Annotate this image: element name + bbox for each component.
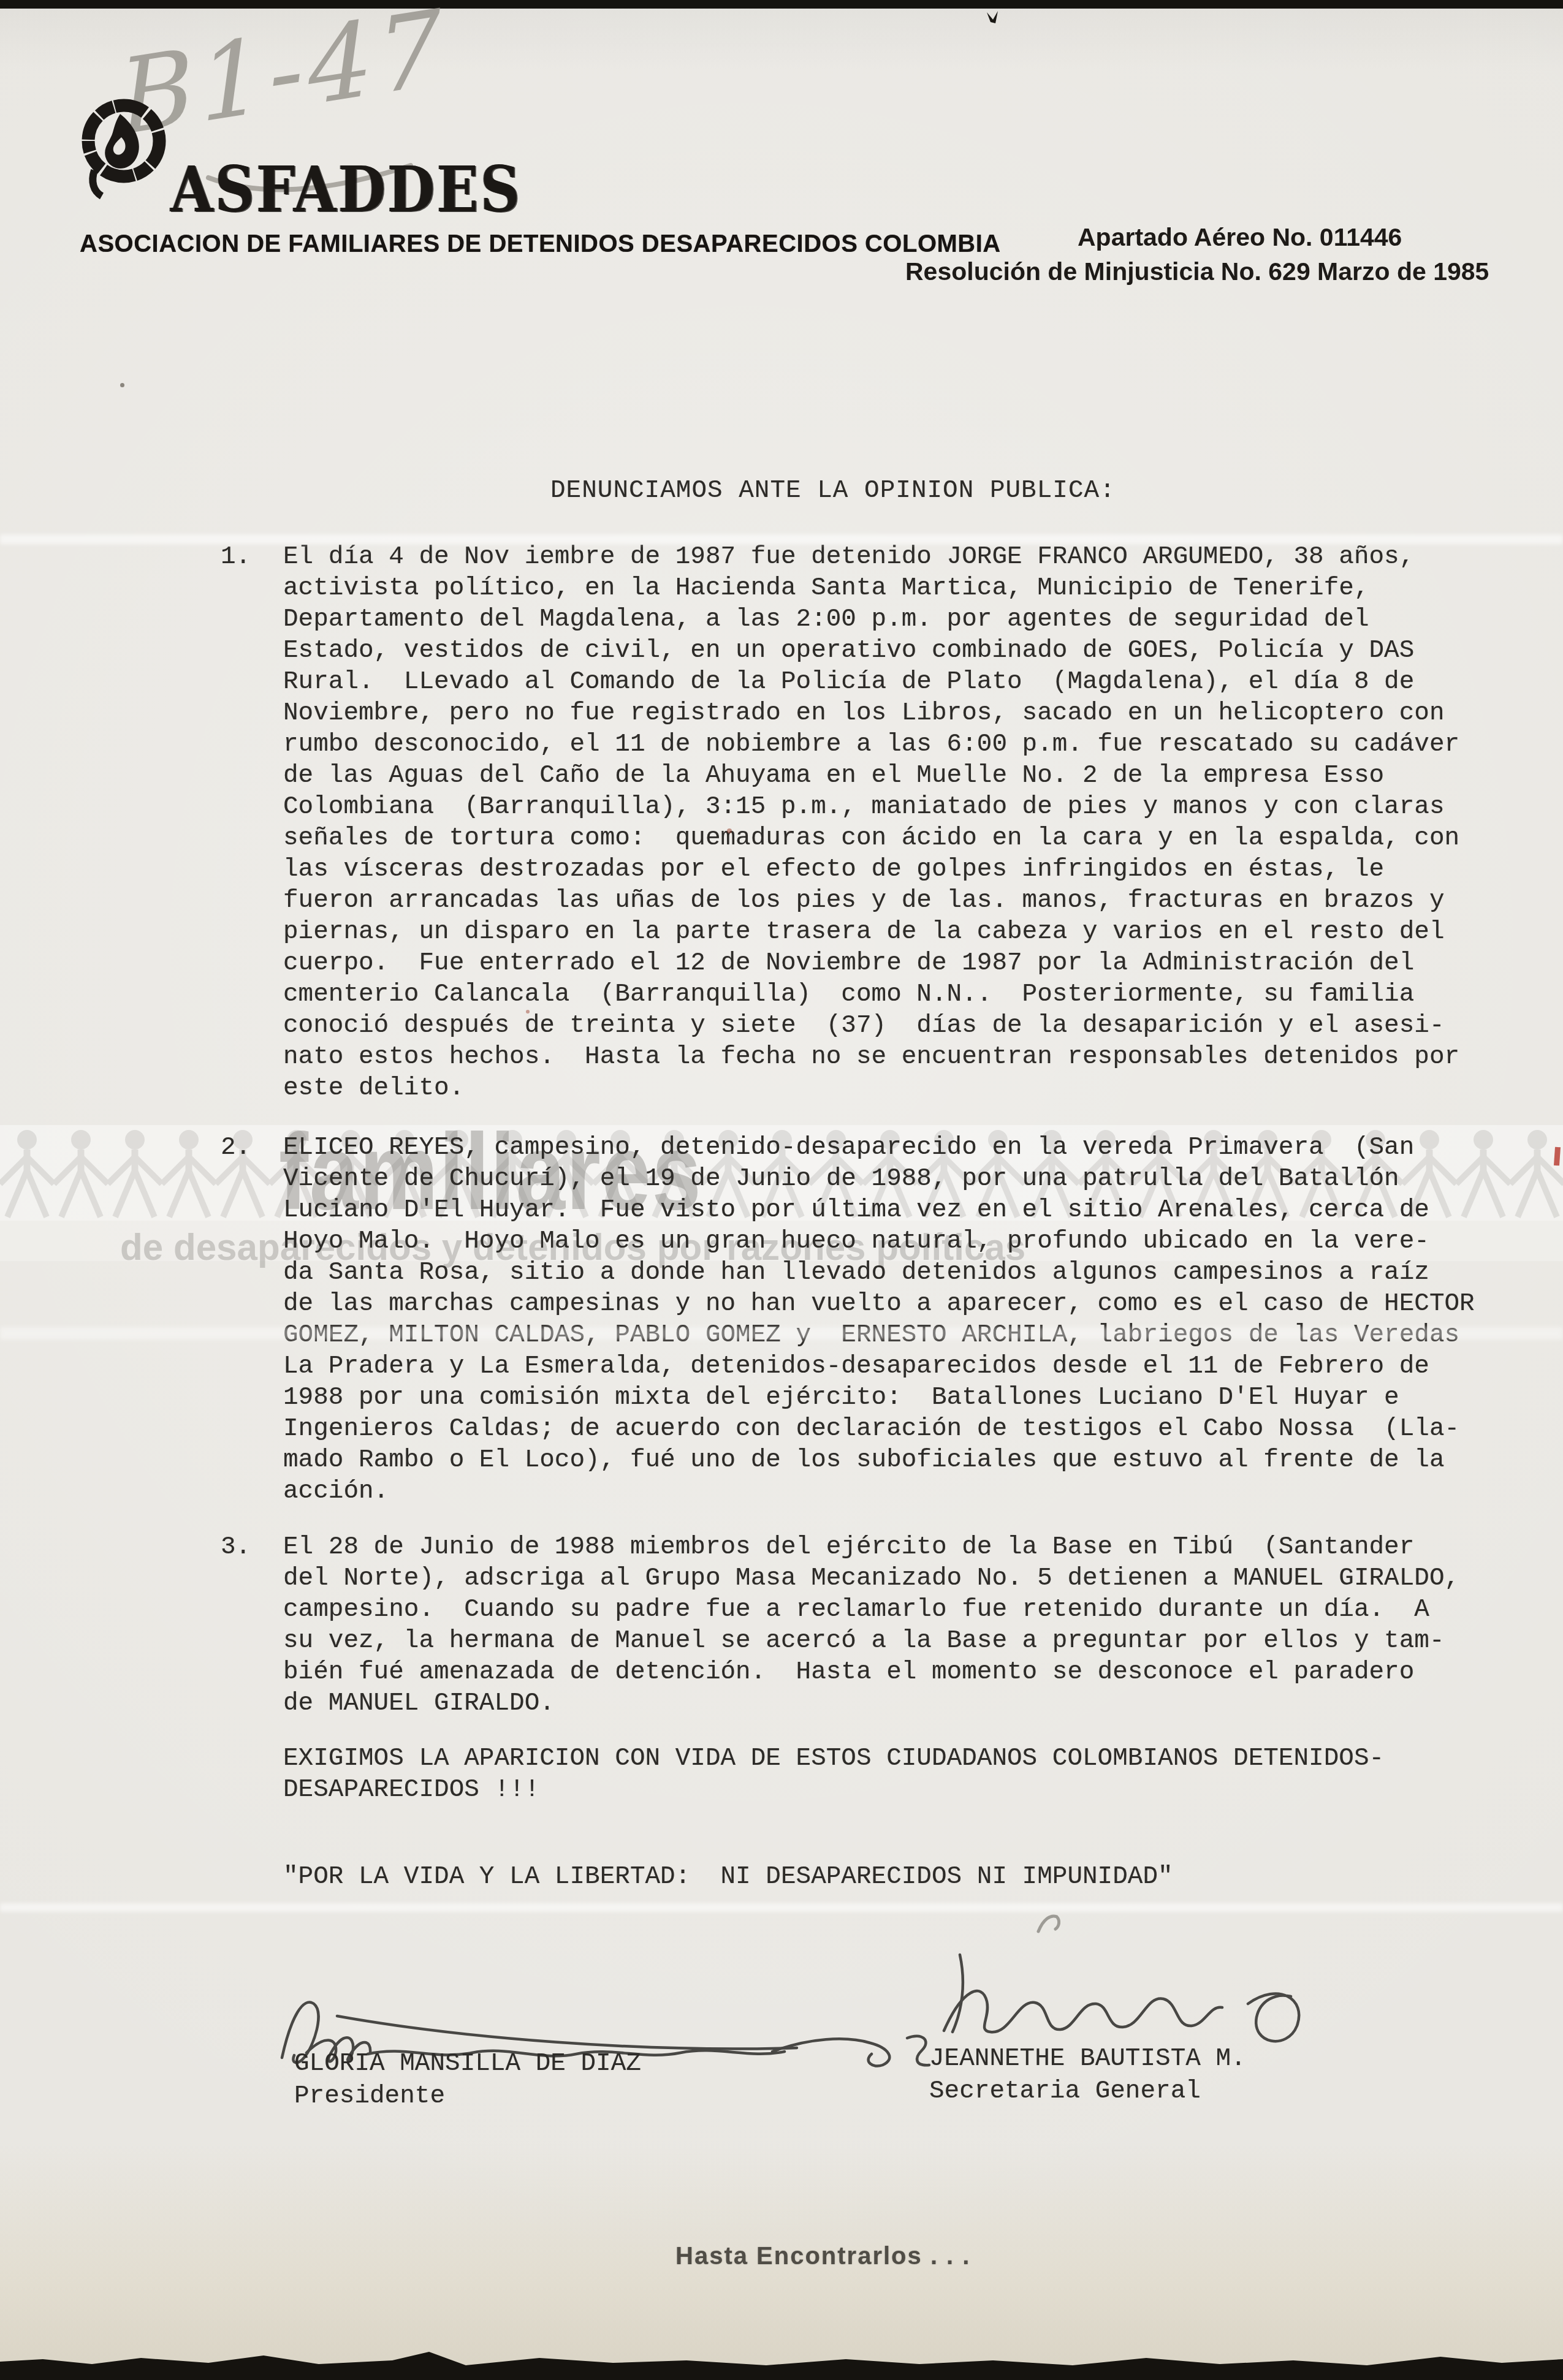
scanned-letter-page: B1-47 ASFADDES ASOCIACION DE FAMILIARES … bbox=[0, 0, 1563, 2380]
org-name-line: ASOCIACION DE FAMILIARES DE DETENIDOS DE… bbox=[80, 230, 1001, 258]
list-item-number: 3. bbox=[221, 1532, 264, 1563]
ink-speck-mark bbox=[983, 10, 1008, 34]
scan-edge-top bbox=[0, 0, 1563, 9]
scan-edge-bottom bbox=[0, 2343, 1563, 2380]
signatory-name: GLORIA MANSILLA DE DIAZ bbox=[294, 2050, 641, 2078]
footer-motto: Hasta Encontrarlos . . . bbox=[675, 2243, 970, 2270]
scan-streak bbox=[0, 1327, 1563, 1340]
header-apartado: Apartado Aéreo No. 011446 bbox=[1078, 223, 1402, 252]
header-resolucion: Resolución de Minjusticia No. 629 Marzo … bbox=[905, 257, 1489, 286]
demand-statement: EXIGIMOS LA APARICION CON VIDA DE ESTOS … bbox=[283, 1743, 1384, 1806]
logo-wordmark: ASFADDES bbox=[170, 153, 522, 227]
slogan-line: "POR LA VIDA Y LA LIBERTAD: NI DESAPAREC… bbox=[283, 1862, 1173, 1893]
dust-speck bbox=[526, 1010, 530, 1014]
scan-streak bbox=[0, 534, 1563, 544]
list-item-text: ELICEO REYES, campesino, detenido-desapa… bbox=[283, 1132, 1475, 1507]
signatory-role: Presidente bbox=[294, 2082, 445, 2110]
list-item-text: El 28 de Junio de 1988 miembros del ejér… bbox=[283, 1532, 1459, 1719]
signatory-name: JEANNETHE BAUTISTA M. bbox=[929, 2045, 1246, 2073]
dust-speck bbox=[120, 383, 124, 387]
list-item-number: 2. bbox=[221, 1132, 264, 1164]
document-title: DENUNCIAMOS ANTE LA OPINION PUBLICA: bbox=[550, 476, 1116, 507]
list-item-number: 1. bbox=[221, 542, 264, 573]
list-item-text: El día 4 de Nov iembre de 1987 fue deten… bbox=[283, 542, 1459, 1104]
signatory-role: Secretaria General bbox=[929, 2077, 1201, 2105]
scan-streak bbox=[0, 1903, 1563, 1912]
dust-speck bbox=[727, 828, 732, 833]
